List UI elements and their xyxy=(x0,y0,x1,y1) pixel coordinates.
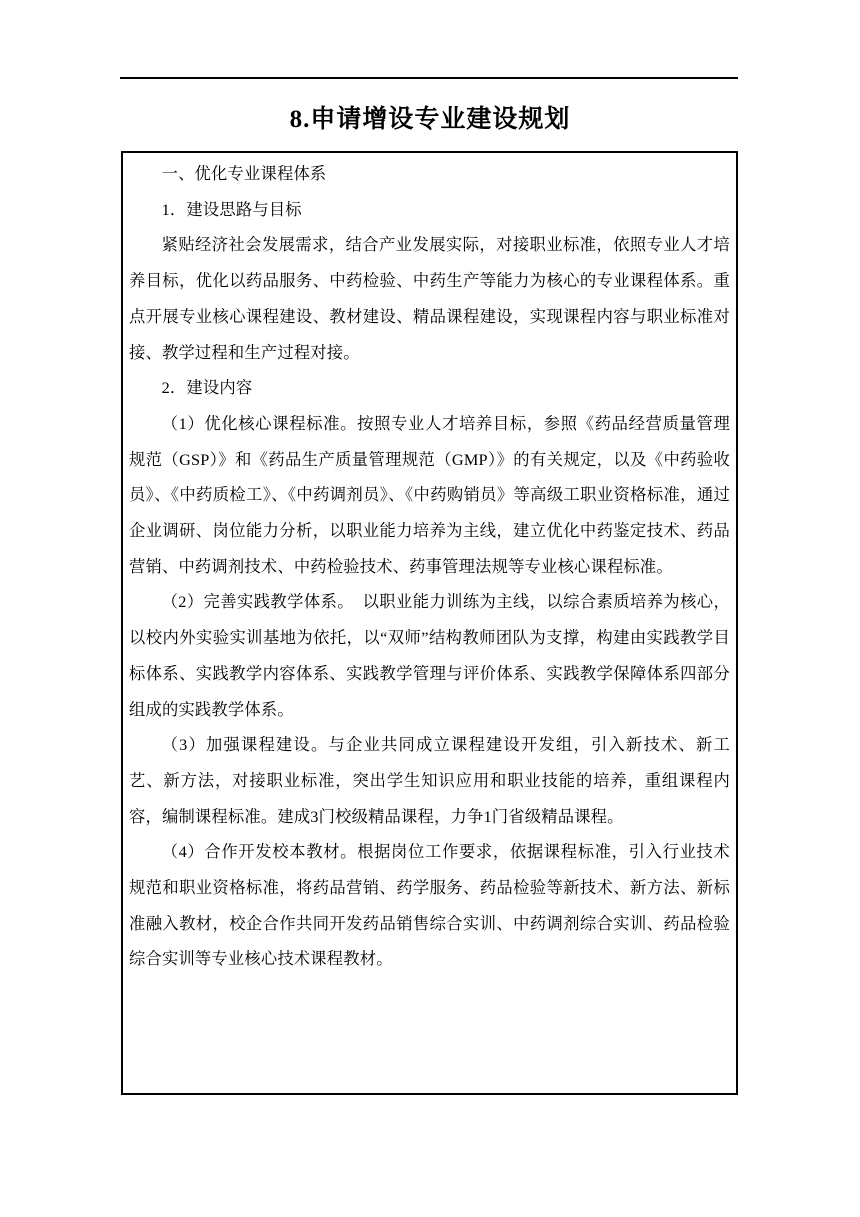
header-divider-rule xyxy=(120,77,738,79)
subsection-heading-goals: 1．建设思路与目标 xyxy=(129,192,730,228)
content-box: 一、优化专业课程体系 1．建设思路与目标 紧贴经济社会发展需求，结合产业发展实际… xyxy=(121,151,738,1095)
paragraph-item-2: （2）完善实践教学体系。 以职业能力训练为主线，以综合素质培养为核心，以校内外实… xyxy=(129,584,730,727)
paragraph-item-1: （1）优化核心课程标准。按照专业人才培养目标，参照《药品经营质量管理规范（GSP… xyxy=(129,406,730,585)
paragraph-goals: 紧贴经济社会发展需求，结合产业发展实际，对接职业标准，依照专业人才培养目标，优化… xyxy=(129,227,730,370)
document-page: { "document": { "title": "8.申请增设专业建设规划",… xyxy=(0,0,860,1217)
paragraph-item-4: （4）合作开发校本教材。根据岗位工作要求，依据课程标准，引入行业技术规范和职业资… xyxy=(129,834,730,977)
paragraph-item-3: （3）加强课程建设。与企业共同成立课程建设开发组，引入新技术、新工艺、新方法，对… xyxy=(129,727,730,834)
document-title: 8.申请增设专业建设规划 xyxy=(0,102,860,138)
subsection-heading-content: 2．建设内容 xyxy=(129,370,730,406)
section-heading: 一、优化专业课程体系 xyxy=(129,156,730,192)
